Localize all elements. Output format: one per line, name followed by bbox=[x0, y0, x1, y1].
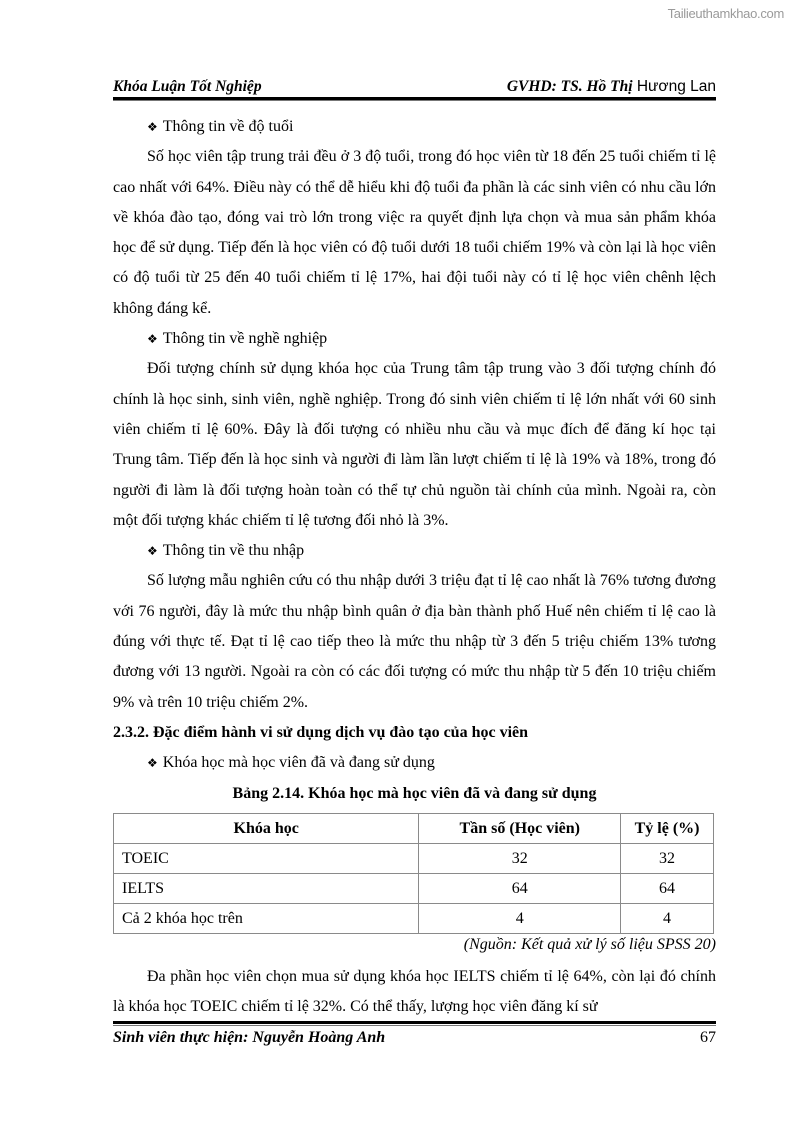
diamond-bullet-icon: ❖ bbox=[147, 756, 158, 770]
table-cell-frequency: 4 bbox=[419, 903, 621, 933]
table-cell-course: IELTS bbox=[114, 873, 419, 903]
paragraph-age: Số học viên tập trung trải đều ở 3 độ tu… bbox=[113, 142, 716, 324]
table-row: Cả 2 khóa học trên 4 4 bbox=[114, 903, 714, 933]
bullet-occupation: ❖Thông tin về nghề nghiệp bbox=[113, 324, 716, 354]
table-cell-percent: 64 bbox=[621, 873, 714, 903]
table-cell-frequency: 32 bbox=[419, 843, 621, 873]
watermark: Tailieuthamkhao.com bbox=[668, 6, 784, 21]
paragraph-courses: Đa phần học viên chọn mua sử dụng khóa h… bbox=[113, 962, 716, 1023]
table-cell-percent: 4 bbox=[621, 903, 714, 933]
section-heading: 2.3.2. Đặc điểm hành vi sử dụng dịch vụ … bbox=[113, 718, 716, 748]
footer-rule-thin bbox=[113, 1025, 716, 1026]
table-source: (Nguồn: Kết quả xử lý số liệu SPSS 20) bbox=[113, 934, 716, 956]
column-header: Khóa học bbox=[114, 813, 419, 843]
table-row: IELTS 64 64 bbox=[114, 873, 714, 903]
header-title: Khóa Luận Tốt Nghiệp bbox=[113, 78, 262, 96]
page-content: ❖Thông tin về độ tuổi Số học viên tập tr… bbox=[113, 112, 716, 1022]
table-cell-course: TOEIC bbox=[114, 843, 419, 873]
table-cell-frequency: 64 bbox=[419, 873, 621, 903]
header-rule-thin bbox=[113, 100, 716, 101]
table-caption: Bảng 2.14. Khóa học mà học viên đã và đa… bbox=[113, 779, 716, 809]
page-number: 67 bbox=[700, 1029, 716, 1047]
footer-author: Sinh viên thực hiện: Nguyễn Hoàng Anh bbox=[113, 1029, 385, 1047]
bullet-age: ❖Thông tin về độ tuổi bbox=[113, 112, 716, 142]
table-cell-course: Cả 2 khóa học trên bbox=[114, 903, 419, 933]
courses-table: Khóa học Tần số (Học viên) Tỷ lệ (%) TOE… bbox=[113, 813, 714, 934]
paragraph-income: Số lượng mẫu nghiên cứu có thu nhập dưới… bbox=[113, 566, 716, 717]
table-row: TOEIC 32 32 bbox=[114, 843, 714, 873]
footer-rule bbox=[113, 1021, 716, 1024]
column-header: Tỷ lệ (%) bbox=[621, 813, 714, 843]
paragraph-occupation: Đối tượng chính sử dụng khóa học của Tru… bbox=[113, 354, 716, 536]
table-cell-percent: 32 bbox=[621, 843, 714, 873]
diamond-bullet-icon: ❖ bbox=[147, 332, 158, 346]
column-header: Tần số (Học viên) bbox=[419, 813, 621, 843]
diamond-bullet-icon: ❖ bbox=[147, 544, 158, 558]
header-advisor: GVHD: TS. Hồ Thị Hương Lan bbox=[507, 78, 716, 96]
page-header: Khóa Luận Tốt Nghiệp GVHD: TS. Hồ Thị Hư… bbox=[113, 78, 716, 96]
diamond-bullet-icon: ❖ bbox=[147, 120, 158, 134]
table-header-row: Khóa học Tần số (Học viên) Tỷ lệ (%) bbox=[114, 813, 714, 843]
bullet-courses: ❖Khóa học mà học viên đã và đang sử dụng bbox=[113, 748, 716, 778]
bullet-income: ❖Thông tin về thu nhập bbox=[113, 536, 716, 566]
